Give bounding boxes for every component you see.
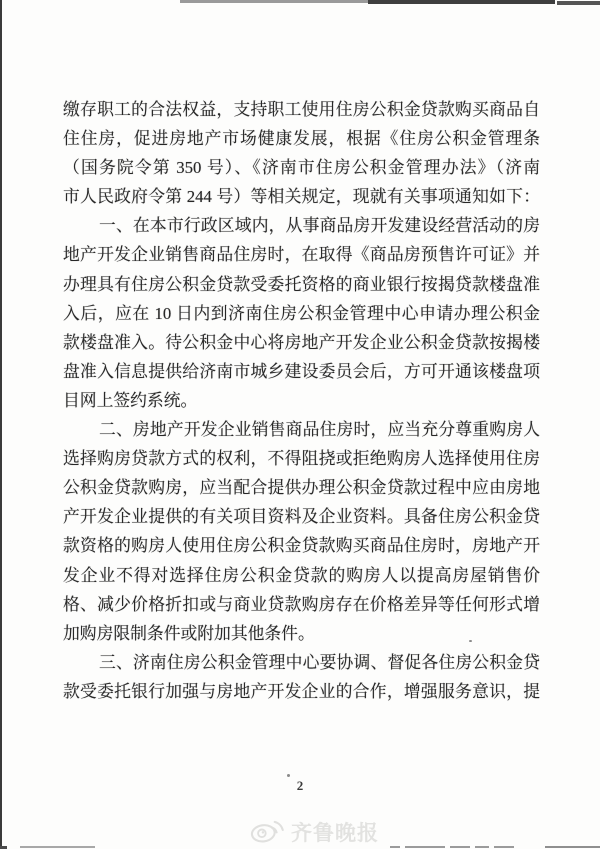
scan-edge-left — [0, 0, 2, 849]
scan-speck — [287, 774, 290, 777]
text-line: 缴存职工的合法权益，支持职工使用住房公积金贷款购买商品自 — [63, 95, 540, 124]
text-line: 款受委托银行加强与房地产开发企业的合作，增强服务意识，提 — [63, 677, 540, 706]
text-line: （国务院令第 350 号）、《济南市住房公积金管理办法》（济南 — [63, 153, 540, 182]
scan-edge-bottom-dash — [450, 846, 470, 848]
text-line: 格、减少价格折扣或与商业贷款购房存在价格差异等任何形式增 — [63, 590, 540, 619]
scan-edge-bottom-dash — [475, 846, 489, 848]
watermark-label: 齐鲁晚报 — [291, 817, 379, 847]
text-line: 盘准入信息提供给济南市城乡建设委员会后，方可开通该楼盘项 — [63, 357, 540, 386]
page-number: 2 — [0, 778, 600, 794]
scan-edge-bottom-dash — [390, 846, 400, 848]
text-block: 缴存职工的合法权益，支持职工使用住房公积金贷款购买商品自住住房，促进房地产市场健… — [63, 95, 540, 706]
scan-edge-bottom-dash — [20, 846, 95, 848]
text-line: 地产开发企业销售商品住房时，在取得《商品房预售许可证》并 — [63, 240, 540, 269]
text-line: 款资格的购房人使用住房公积金贷款购买商品住房时，房地产开 — [63, 531, 540, 560]
text-line: 发企业不得对选择住房公积金贷款的购房人以提高房屋销售价 — [63, 561, 540, 590]
text-line: 目网上签约系统。 — [63, 386, 540, 415]
scan-edge-bottom-dash — [405, 846, 445, 848]
watermark: 齐鲁晚报 — [250, 815, 379, 849]
scan-edge-top-dark — [368, 0, 555, 4]
scan-edge-bottom-dash — [494, 846, 514, 848]
text-line: 公积金贷款购房，应当配合提供办理公积金贷款过程中应由房地 — [63, 473, 540, 502]
weibo-icon — [250, 815, 288, 849]
text-line: 市人民政府令第 244 号）等相关规定，现就有关事项通知如下： — [63, 182, 540, 211]
scan-edge-top-gray — [180, 0, 368, 3]
document-page: 缴存职工的合法权益，支持职工使用住房公积金贷款购买商品自住住房，促进房地产市场健… — [0, 0, 600, 849]
text-line: 产开发企业提供的有关项目资料及企业资料。具备住房公积金贷 — [63, 502, 540, 531]
text-line: 住住房，促进房地产市场健康发展，根据《住房公积金管理条例》 — [63, 124, 540, 153]
text-line: 一、在本市行政区域内，从事商品房开发建设经营活动的房 — [63, 211, 540, 240]
scan-speck — [469, 640, 472, 642]
text-line: 入后，应在 10 日内到济南住房公积金管理中心申请办理公积金贷 — [63, 299, 540, 328]
scan-edge-bottom-dash — [545, 846, 600, 848]
text-line: 办理具有住房公积金贷款受委托资格的商业银行按揭贷款楼盘准 — [63, 270, 540, 299]
text-line: 三、济南住房公积金管理中心要协调、督促各住房公积金贷 — [63, 648, 540, 677]
text-line: 款楼盘准入。待公积金中心将房地产开发企业公积金贷款按揭楼 — [63, 328, 540, 357]
text-line: 选择购房贷款方式的权利，不得阻挠或拒绝购房人选择使用住房 — [63, 444, 540, 473]
text-line: 二、房地产开发企业销售商品住房时，应当充分尊重购房人 — [63, 415, 540, 444]
text-line: 加购房限制条件或附加其他条件。 — [63, 619, 540, 648]
scan-edge-top-right — [557, 1, 600, 5]
